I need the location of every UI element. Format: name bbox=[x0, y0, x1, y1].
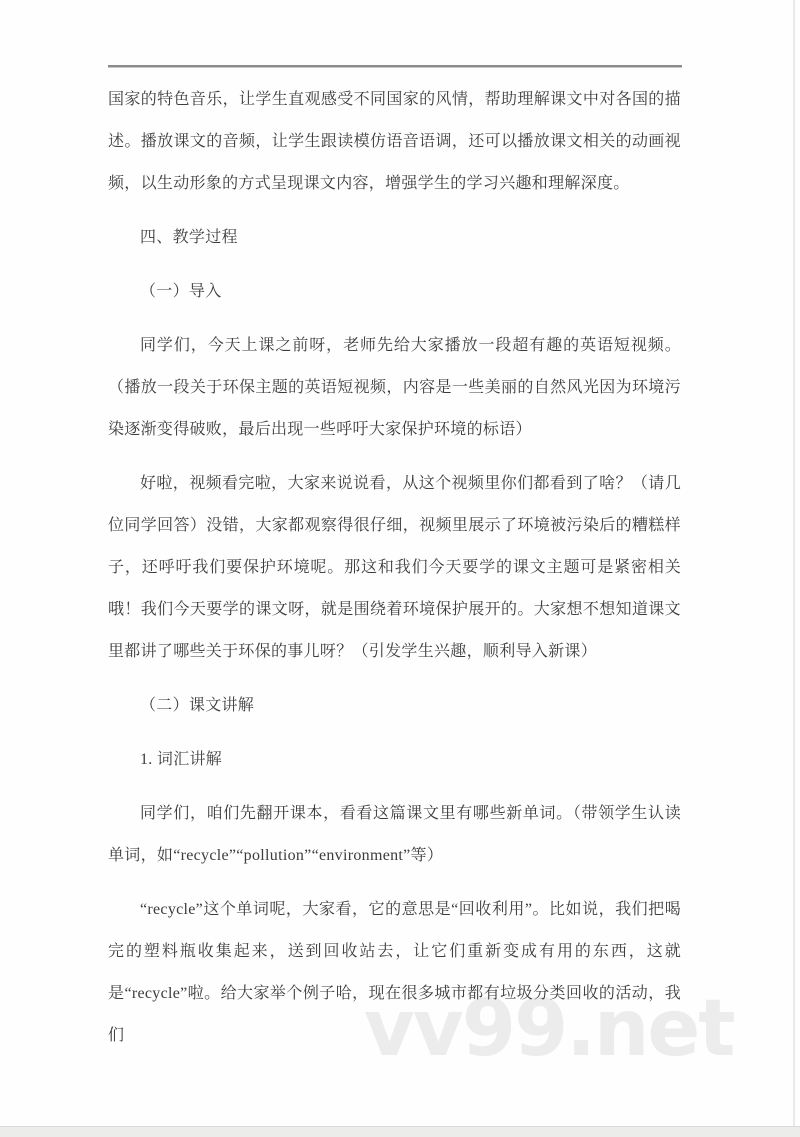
header-rule bbox=[108, 65, 682, 67]
paragraph: 同学们，咱们先翻开课本，看看这篇课文里有哪些新单词。（带领学生认读单词，如“re… bbox=[108, 793, 681, 877]
page-right-edge bbox=[793, 0, 795, 1137]
list-heading: 1. 词汇讲解 bbox=[108, 739, 681, 781]
paragraph: “recycle”这个单词呢，大家看，它的意思是“回收利用”。比如说，我们把喝完… bbox=[108, 889, 681, 1057]
section-heading: 四、教学过程 bbox=[108, 217, 681, 259]
page-bottom-edge bbox=[0, 1126, 800, 1137]
paragraph: 好啦，视频看完啦，大家来说说看，从这个视频里你们都看到了啥？（请几位同学回答）没… bbox=[108, 463, 681, 673]
document-page: vv99.net 国家的特色音乐，让学生直观感受不同国家的风情，帮助理解课文中对… bbox=[0, 0, 800, 1137]
subsection-heading: （一）导入 bbox=[108, 271, 681, 313]
paragraph: 同学们，今天上课之前呀，老师先给大家播放一段超有趣的英语短视频。（播放一段关于环… bbox=[108, 325, 681, 451]
document-body: 国家的特色音乐，让学生直观感受不同国家的风情，帮助理解课文中对各国的描述。播放课… bbox=[108, 79, 681, 1069]
paragraph: 国家的特色音乐，让学生直观感受不同国家的风情，帮助理解课文中对各国的描述。播放课… bbox=[108, 79, 681, 205]
subsection-heading: （二）课文讲解 bbox=[108, 685, 681, 727]
